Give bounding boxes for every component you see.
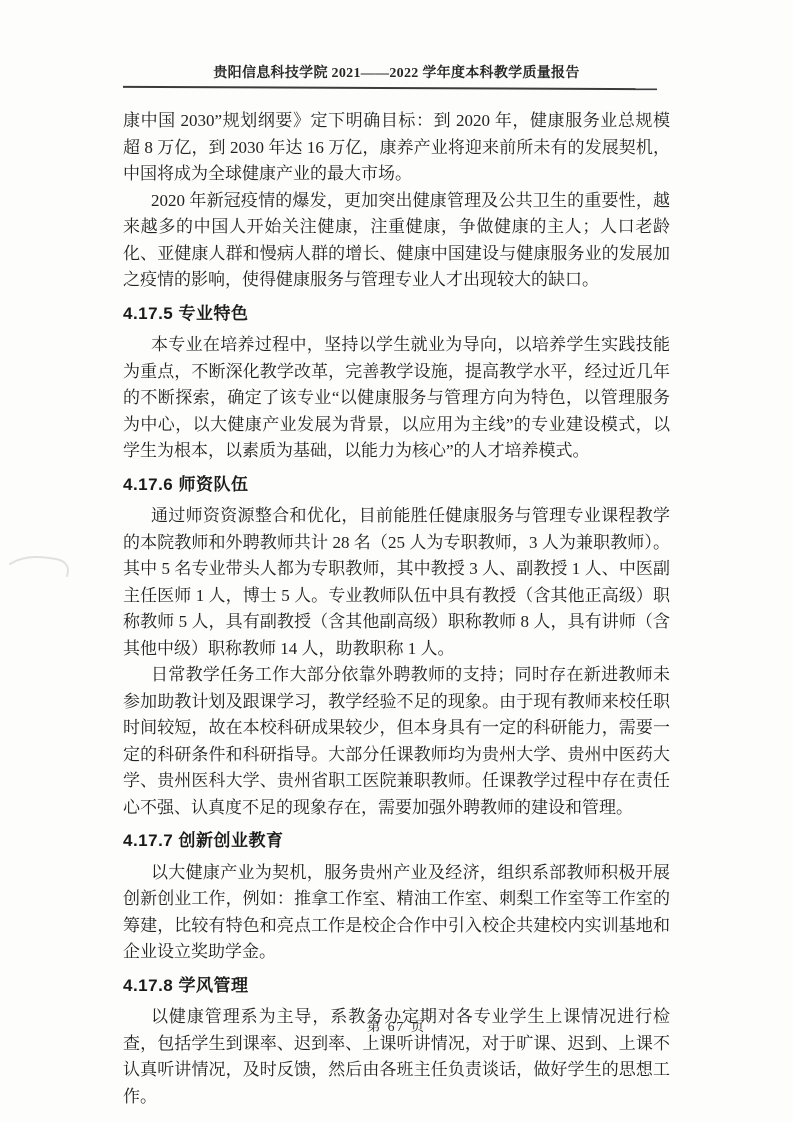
body-paragraph: 日常教学任务工作大部分依靠外聘教师的支持；同时存在新进教师未参加助教计划及跟课学… — [123, 662, 670, 821]
body-paragraph: 通过师资资源整合和优化，目前能胜任健康服务与管理专业课程教学的本院教师和外聘教师… — [123, 503, 670, 662]
body-paragraph: 2020 年新冠疫情的爆发，更加突出健康管理及公共卫生的重要性，越来越多的中国人… — [123, 188, 670, 294]
body-paragraph: 以大健康产业为契机，服务贵州产业及经济，组织系部教师积极开展创新创业工作，例如：… — [123, 860, 670, 966]
header-rule — [123, 86, 657, 90]
body-paragraph: 本专业在培养过程中，坚持以学生就业为导向，以培养学生实践技能为重点，不断深化教学… — [123, 332, 670, 465]
document-page: 贵阳信息科技学院 2021——2022 学年度本科教学质量报告 康中国 2030… — [0, 0, 793, 1122]
body-paragraph: 康中国 2030”规划纲要》定下明确目标：到 2020 年，健康服务业总规模超 … — [123, 108, 670, 188]
section-heading: 4.17.8 学风管理 — [123, 973, 670, 1000]
section-heading: 4.17.5 专业特色 — [123, 301, 670, 328]
page-number: 第 67 页 — [367, 1019, 426, 1034]
document-body: 康中国 2030”规划纲要》定下明确目标：到 2020 年，健康服务业总规模超 … — [123, 108, 670, 1110]
header-title: 贵阳信息科技学院 2021——2022 学年度本科教学质量报告 — [0, 62, 793, 82]
scan-artifact — [6, 540, 90, 584]
section-heading: 4.17.6 师资队伍 — [123, 472, 670, 499]
section-heading: 4.17.7 创新创业教育 — [123, 828, 670, 855]
page-footer: 第 67 页 — [0, 1015, 793, 1036]
